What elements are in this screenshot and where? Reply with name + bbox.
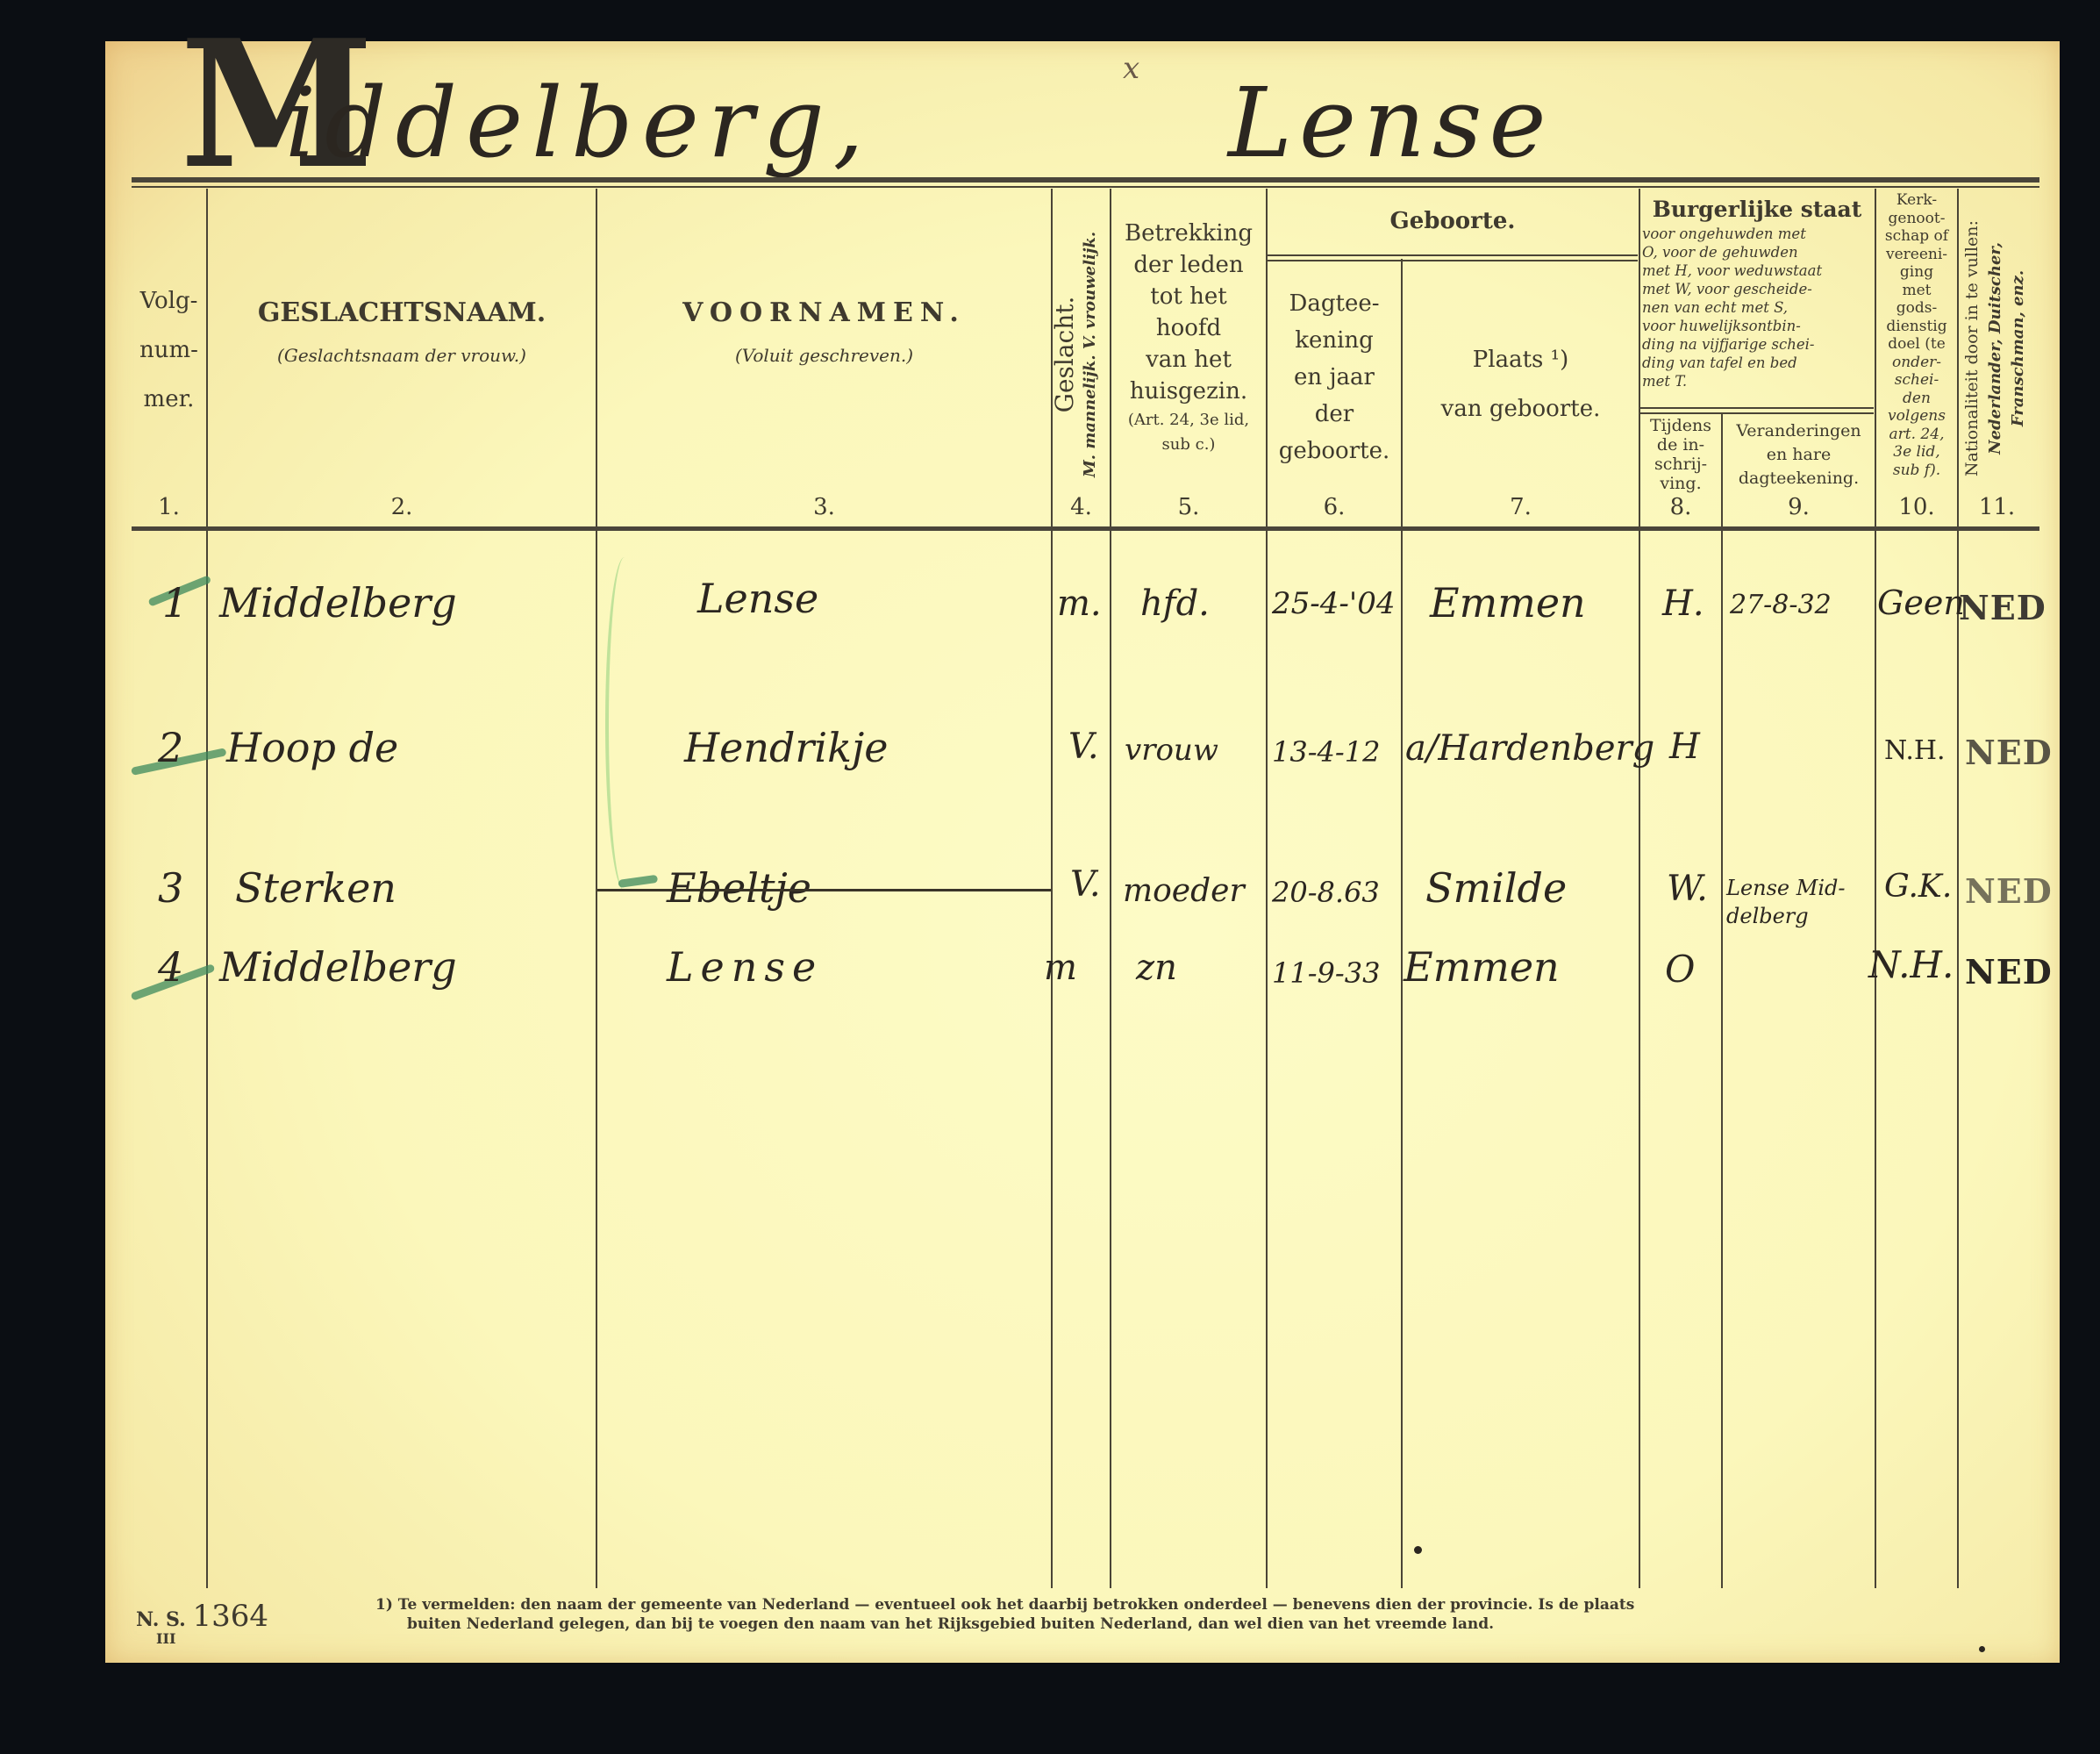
header-text: Volg- [132, 276, 206, 326]
footnote-line: buiten Nederland gelegen, dan bij te voe… [375, 1614, 1634, 1634]
header-text: volgens [1876, 407, 1957, 426]
header-title: VOORNAMEN. [597, 298, 1051, 328]
header-subtitle: Nederlander, Duitscher, [1984, 208, 2007, 489]
ink-dot [1414, 1546, 1422, 1554]
religion: N.H. [1884, 735, 1946, 766]
row-number: 4 [158, 943, 183, 991]
relation: moeder [1123, 873, 1245, 909]
geboorte-rule-2 [1268, 260, 1638, 261]
header-text: met H, voor weduwstaat [1642, 261, 1872, 280]
header-title: GESLACHTSNAAM. [208, 298, 596, 328]
relation: hfd. [1140, 583, 1210, 624]
header-text: genoot- [1876, 210, 1957, 228]
header-text: der leden [1111, 249, 1266, 281]
form-series: III [156, 1630, 175, 1647]
col-num-1: 1. [132, 494, 206, 520]
header-text: ding van tafel en bed [1642, 354, 1872, 372]
row-number: 3 [158, 864, 183, 912]
surname: Sterken [235, 864, 396, 912]
header-subtitle: (Geslachtsnaam der vrouw.) [208, 340, 596, 370]
header-subtitle: (Voluit geschreven.) [597, 340, 1051, 370]
header-text: huisgezin. [1111, 376, 1266, 407]
header-text: sub f). [1876, 462, 1957, 480]
col-line-7 [1639, 189, 1640, 1588]
title-surname: iddelberg, [285, 70, 873, 175]
header-text: voor ongehuwden met [1642, 225, 1872, 243]
changes: Lense Mid- [1726, 876, 1845, 900]
header-voornamen: VOORNAMEN. (Voluit geschreven.) [597, 298, 1051, 370]
header-title: Burgerlijke staat [1642, 195, 1872, 225]
header-geslachtsnaam: GESLACHTSNAAM. (Geslachtsnaam der vrouw.… [208, 298, 596, 370]
header-text: van het [1111, 344, 1266, 376]
religion: G.K. [1884, 869, 1952, 905]
nationality-stamp: NED [1965, 733, 2053, 772]
nationality-stamp: NED [1959, 588, 2046, 627]
header-text: den [1876, 390, 1957, 408]
burgerlijke-rule-2 [1640, 412, 1874, 414]
civil-status: O [1665, 948, 1695, 991]
sex: m. [1057, 583, 1102, 624]
sex: V. [1070, 864, 1101, 905]
header-text: en jaar [1268, 359, 1401, 396]
footnote-line: 1) Te vermelden: den naam der gemeente v… [375, 1595, 1634, 1614]
header-text: met [1876, 282, 1957, 300]
civil-status: H. [1662, 583, 1704, 624]
col-num-2: 2. [208, 494, 596, 520]
green-arrow-line [605, 557, 644, 891]
title-rule-bottom [132, 186, 2039, 188]
header-text: O, voor de gehuwden [1642, 243, 1872, 261]
surname: Hoop de [226, 724, 398, 771]
header-text: mer. [132, 375, 206, 424]
header-text: Plaats ¹) [1403, 335, 1639, 384]
col-num-10: 10. [1876, 494, 1957, 520]
footnote: 1) Te vermelden: den naam der gemeente v… [375, 1595, 1634, 1634]
sex: m [1044, 948, 1077, 988]
col-num-8: 8. [1640, 494, 1721, 520]
header-geslacht: Geslacht. M. mannelijk. V. vrouwelijk. [1051, 201, 1107, 508]
header-bottom-rule [132, 526, 2039, 531]
header-subtitle: M. mannelijk. V. vrouwelijk. [1079, 201, 1102, 508]
header-note: sub c.) [1111, 433, 1266, 456]
header-betrekking: Betrekking der leden tot het hoofd van h… [1111, 218, 1266, 456]
form-code: N. S. 1364 [136, 1599, 268, 1634]
strike-through-line [597, 889, 1051, 891]
header-text: dienstig [1876, 318, 1957, 336]
header-text: hoofd [1111, 312, 1266, 344]
form-code-prefix: N. S. [136, 1608, 186, 1631]
header-text: Veranderingen [1723, 419, 1875, 443]
header-text: voor huwelijksontbin- [1642, 317, 1872, 335]
header-veranderingen: Veranderingen en hare dagteekening. [1723, 419, 1875, 490]
header-text: Dagtee- [1268, 285, 1401, 322]
header-text: der [1268, 396, 1401, 433]
header-title: Nationaliteit door in te vullen: [1960, 208, 1984, 489]
header-text: de in- [1640, 435, 1721, 455]
given-name: Hendrikje [684, 724, 888, 771]
header-dagteekening: Dagtee- kening en jaar der geboorte. [1268, 285, 1401, 469]
header-text: Tijdens [1640, 416, 1721, 435]
header-text: schei- [1876, 371, 1957, 390]
relation: zn [1136, 948, 1177, 988]
header-kerkgenootschap: Kerk- genoot- schap of vereeni- ging met… [1876, 191, 1957, 479]
birth-place: Emmen [1430, 579, 1586, 626]
nationality-stamp: NED [1965, 871, 2053, 911]
nationality-stamp: NED [1965, 952, 2053, 992]
header-text: geboorte. [1268, 433, 1401, 469]
surname: Middelberg [219, 943, 457, 991]
col-line-10 [1957, 189, 1959, 1588]
title-given-name: Lense [1228, 70, 1554, 175]
header-text: met T. [1642, 372, 1872, 390]
header-text: schrij- [1640, 455, 1721, 474]
given-name: Lense [697, 575, 818, 622]
surname: Middelberg [219, 579, 457, 626]
header-text: tot het [1111, 281, 1266, 312]
birth-date: 25-4-'04 [1272, 586, 1395, 621]
header-nationaliteit: Nationaliteit door in te vullen: Nederla… [1960, 208, 2033, 489]
header-text: met W, voor gescheide- [1642, 280, 1872, 298]
header-volgnummer: Volg- num- mer. [132, 276, 206, 424]
header-text: Kerk- [1876, 191, 1957, 210]
col-num-6: 6. [1268, 494, 1401, 520]
header-subtitle: Franschman, enz. [2007, 208, 2030, 489]
header-text: dagteekening. [1723, 467, 1875, 490]
header-burgerlijke-staat-group: Burgerlijke staat voor ongehuwden met O,… [1642, 195, 1872, 390]
birth-date: 20-8.63 [1272, 876, 1380, 909]
header-geboorte-group: Geboorte. [1268, 206, 1638, 236]
given-name: Ebeltje [667, 864, 811, 912]
header-text: onder- [1876, 354, 1957, 372]
row-number: 1 [162, 579, 188, 626]
civil-status: W. [1667, 869, 1708, 909]
col-num-3: 3. [597, 494, 1051, 520]
geboorte-rule [1268, 254, 1638, 256]
relation: vrouw [1125, 733, 1218, 768]
col-num-9: 9. [1723, 494, 1875, 520]
col-num-7: 7. [1403, 494, 1639, 520]
header-text: Betrekking [1111, 218, 1266, 249]
header-note: (Art. 24, 3e lid, [1111, 407, 1266, 433]
birth-place: Smilde [1425, 864, 1567, 912]
header-text: nen van echt met S, [1642, 298, 1872, 317]
header-text: num- [132, 326, 206, 375]
changes-continued: delberg [1726, 904, 1809, 928]
ink-dot [1979, 1646, 1985, 1652]
header-plaats: Plaats ¹) van geboorte. [1403, 335, 1639, 433]
burgerlijke-rule [1640, 407, 1874, 409]
birth-date: 11-9-33 [1272, 956, 1380, 990]
col-num-4: 4. [1053, 494, 1110, 520]
header-text: ging [1876, 263, 1957, 282]
header-text: gods- [1876, 299, 1957, 318]
religion: N.H. [1868, 943, 1954, 986]
title-rule-top [132, 177, 2039, 183]
row-number: 2 [158, 724, 183, 771]
header-tijdens-inschrijving: Tijdens de in- schrij- ving. [1640, 416, 1721, 493]
header-text: art. 24, [1876, 426, 1957, 444]
birth-place: a/Hardenberg [1405, 728, 1654, 769]
header-text: schap of [1876, 227, 1957, 246]
sex: V. [1068, 727, 1099, 767]
header-text: doel (te [1876, 335, 1957, 354]
header-text: kening [1268, 322, 1401, 359]
header-title: Geslacht. [1051, 201, 1079, 508]
header-explanation: voor ongehuwden met O, voor de gehuwden … [1642, 225, 1872, 390]
birth-date: 13-4-12 [1272, 735, 1380, 769]
header-text: en hare [1723, 443, 1875, 467]
col-num-5: 5. [1111, 494, 1266, 520]
header-text: vereeni- [1876, 246, 1957, 264]
header-text: 3e lid, [1876, 443, 1957, 462]
col-num-11: 11. [1959, 494, 2035, 520]
civil-status: H [1669, 727, 1700, 767]
form-number: 1364 [192, 1599, 268, 1634]
pencil-mark: x [1123, 51, 1139, 86]
birth-place: Emmen [1404, 943, 1560, 991]
col-line-1 [206, 189, 208, 1588]
religion: Geen [1877, 583, 1965, 622]
col-line-8 [1721, 412, 1723, 1588]
given-name: Lense [667, 943, 823, 991]
col-line-6 [1401, 259, 1403, 1588]
header-text: ving. [1640, 474, 1721, 493]
header-text: van geboorte. [1403, 384, 1639, 433]
header-text: ding na vijfjarige schei- [1642, 335, 1872, 354]
changes: 27-8-32 [1730, 590, 1832, 620]
